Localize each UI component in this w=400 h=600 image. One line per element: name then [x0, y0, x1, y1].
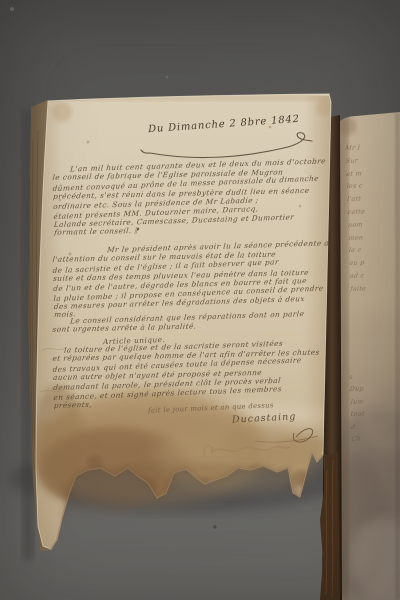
handwritten-line: faite [349, 282, 400, 297]
photo-backdrop: Du Dimanche 2 8bre 1842 L'an mil huit ce… [0, 0, 400, 600]
handwritten-line: tout [350, 407, 400, 421]
handwritten-line: Ch [351, 432, 400, 446]
dust-speck [10, 7, 14, 11]
dust-speck [166, 76, 169, 79]
dust-speck [213, 525, 216, 528]
paragraph-opening: L'an mil huit cent quarante deux et le d… [52, 156, 335, 238]
right-page-lower-fragments: sDupJumtoutdCh [349, 370, 400, 446]
right-page-text-fragments: Mr lSuret mles cl'attcettenommonla cau p… [345, 141, 400, 296]
paragraph-resolution: la toiture de l'église et de la sacristi… [52, 337, 335, 410]
handwritten-line: nom [347, 218, 400, 233]
paragraph-president-report: Mr le président après avoir lu la séance… [52, 238, 335, 320]
